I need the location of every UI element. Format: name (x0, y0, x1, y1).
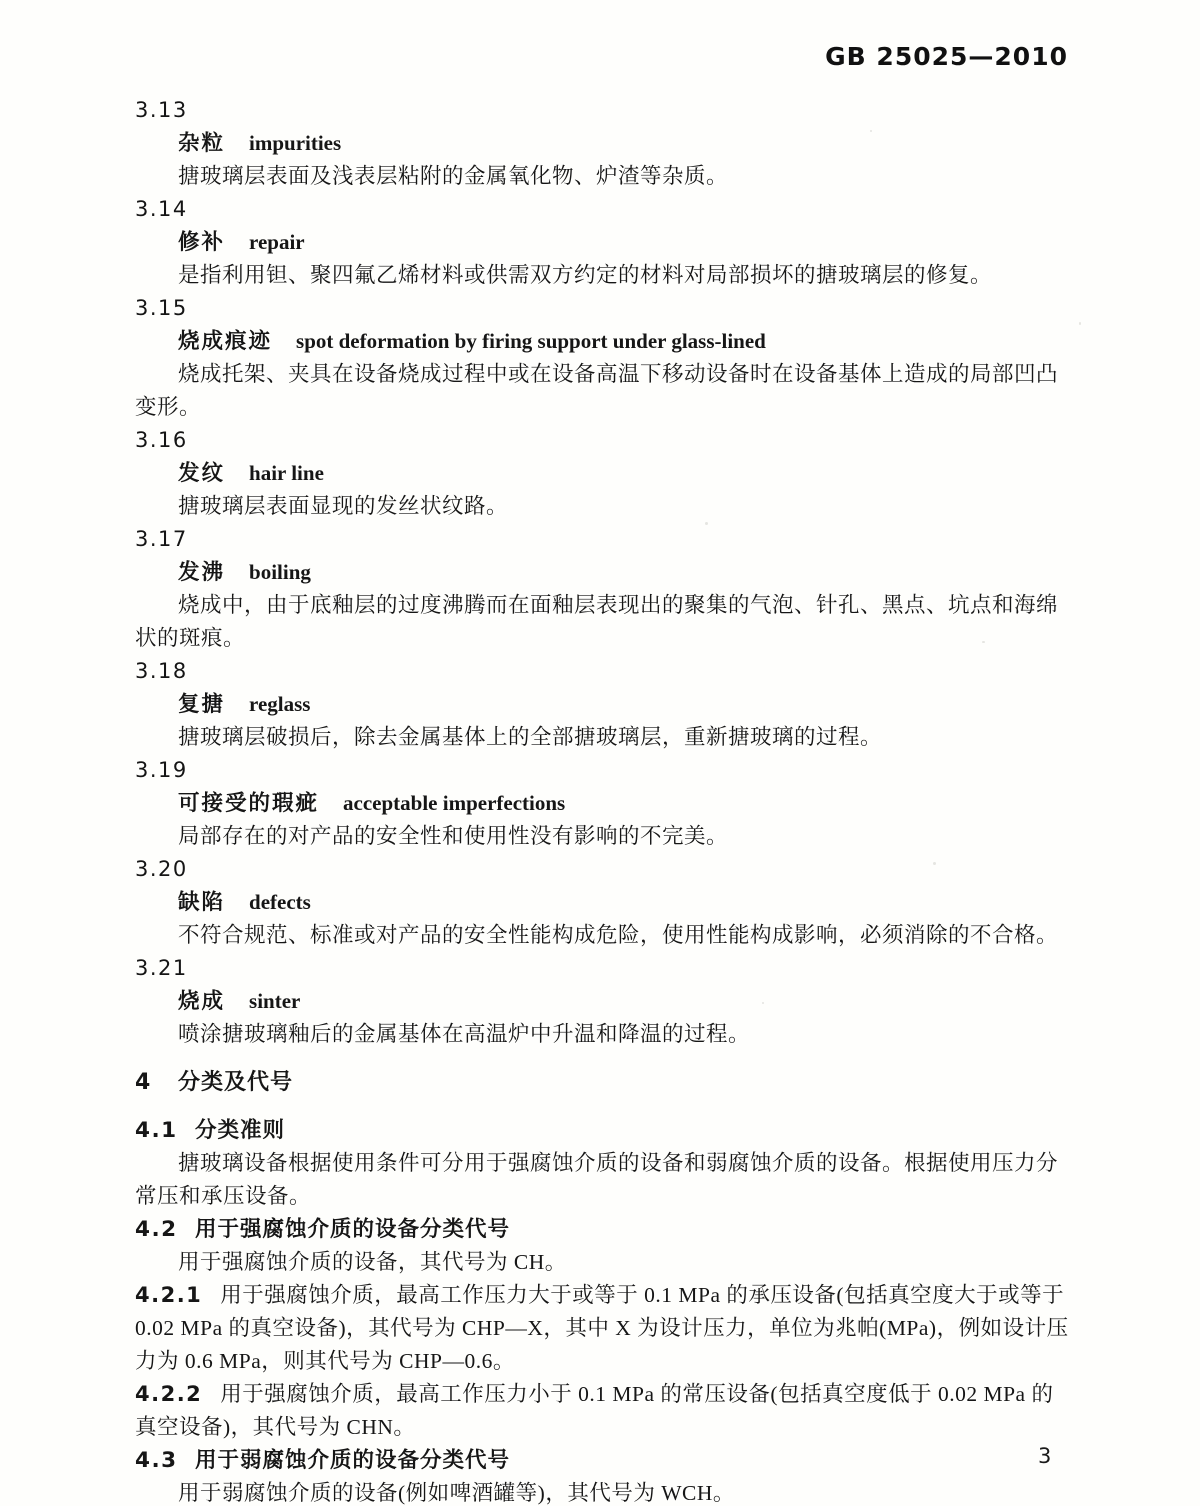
term-chinese: 可接受的瑕疵 (178, 791, 319, 816)
term-line: 杂粒impurities (178, 127, 1075, 160)
clause-number: 3.15 (135, 292, 1075, 325)
term-chinese: 烧成痕迹 (178, 329, 272, 354)
term-definition: 不符合规范、标准或对产品的安全性能构成危险，使用性能构成影响，必须消除的不合格。 (135, 919, 1075, 952)
term-chinese: 烧成 (178, 989, 225, 1014)
scan-speckle (982, 641, 985, 643)
term-chinese: 缺陷 (178, 890, 225, 915)
scan-speckle (870, 130, 872, 132)
term-line: 烧成痕迹spot deformation by firing support u… (178, 325, 1075, 358)
term-definition: 搪玻璃层破损后，除去金属基体上的全部搪玻璃层，重新搪玻璃的过程。 (135, 721, 1075, 754)
term-block: 3.20 缺陷defects 不符合规范、标准或对产品的安全性能构成危险，使用性… (135, 853, 1075, 952)
term-english: boiling (249, 560, 311, 584)
term-block: 3.13 杂粒impurities 搪玻璃层表面及浅表层粘附的金属氧化物、炉渣等… (135, 94, 1075, 193)
term-chinese: 修补 (178, 230, 225, 255)
term-english: reglass (249, 692, 310, 716)
section-4-1-paragraph: 搪玻璃设备根据使用条件可分用于强腐蚀介质的设备和弱腐蚀介质的设备。根据使用压力分… (135, 1147, 1075, 1213)
section-4-1-heading: 4.1分类准则 (135, 1114, 1075, 1147)
term-english: spot deformation by firing support under… (296, 329, 766, 353)
scan-speckle (762, 1002, 764, 1004)
clause-number: 3.16 (135, 424, 1075, 457)
scan-speckle (933, 862, 936, 865)
section-title: 分类准则 (195, 1118, 285, 1143)
section-4-heading: 4分类及代号 (135, 1066, 1075, 1099)
term-line: 发纹hair line (178, 457, 1075, 490)
clause-4-2-1: 4.2.1用于强腐蚀介质，最高工作压力大于或等于 0.1 MPa 的承压设备(包… (135, 1279, 1075, 1378)
section-4-3-paragraph: 用于弱腐蚀介质的设备(例如啤酒罐等)，其代号为 WCH。 (135, 1477, 1075, 1506)
section-number: 4 (135, 1066, 178, 1099)
term-line: 发沸boiling (178, 556, 1075, 589)
clause-number: 3.14 (135, 193, 1075, 226)
term-line: 可接受的瑕疵acceptable imperfections (178, 787, 1075, 820)
clause-number: 3.13 (135, 94, 1075, 127)
term-block: 3.14 修补repair 是指利用钽、聚四氟乙烯材料或供需双方约定的材料对局部… (135, 193, 1075, 292)
scan-speckle (1079, 322, 1081, 325)
term-block: 3.18 复搪reglass 搪玻璃层破损后，除去金属基体上的全部搪玻璃层，重新… (135, 655, 1075, 754)
section-title: 用于强腐蚀介质的设备分类代号 (195, 1217, 510, 1242)
term-definition: 局部存在的对产品的安全性和使用性没有影响的不完美。 (135, 820, 1075, 853)
section-4-2-paragraph: 用于强腐蚀介质的设备，其代号为 CH。 (135, 1246, 1075, 1279)
term-definition: 烧成中，由于底釉层的过度沸腾而在面釉层表现出的聚集的气泡、针孔、黑点、坑点和海绵… (135, 589, 1075, 655)
section-number: 4.2 (135, 1213, 195, 1246)
clause-number: 4.2.1 (135, 1283, 202, 1307)
scan-speckle (705, 522, 708, 525)
term-english: sinter (249, 989, 300, 1013)
document-content: 3.13 杂粒impurities 搪玻璃层表面及浅表层粘附的金属氧化物、炉渣等… (135, 94, 1075, 1506)
term-line: 缺陷defects (178, 886, 1075, 919)
scan-speckle (842, 601, 844, 603)
term-block: 3.21 烧成sinter 喷涂搪玻璃釉后的金属基体在高温炉中升温和降温的过程。 (135, 952, 1075, 1051)
term-english: repair (249, 230, 305, 254)
term-chinese: 复搪 (178, 692, 225, 717)
clause-number: 3.20 (135, 853, 1075, 886)
term-definition: 搪玻璃层表面显现的发丝状纹路。 (135, 490, 1075, 523)
scan-speckle (560, 1165, 563, 1167)
term-english: acceptable imperfections (343, 791, 565, 815)
clause-number: 3.19 (135, 754, 1075, 787)
section-4-2-heading: 4.2用于强腐蚀介质的设备分类代号 (135, 1213, 1075, 1246)
term-definition: 喷涂搪玻璃釉后的金属基体在高温炉中升温和降温的过程。 (135, 1018, 1075, 1051)
clause-number: 3.17 (135, 523, 1075, 556)
clause-text: 用于强腐蚀介质，最高工作压力小于 0.1 MPa 的常压设备(包括真空度低于 0… (135, 1382, 1053, 1439)
term-definition: 是指利用钽、聚四氟乙烯材料或供需双方约定的材料对局部损坏的搪玻璃层的修复。 (135, 259, 1075, 292)
term-block: 3.16 发纹hair line 搪玻璃层表面显现的发丝状纹路。 (135, 424, 1075, 523)
term-chinese: 杂粒 (178, 131, 225, 156)
clause-number: 4.2.2 (135, 1382, 202, 1406)
clause-text: 用于强腐蚀介质，最高工作压力大于或等于 0.1 MPa 的承压设备(包括真空度大… (135, 1283, 1069, 1373)
term-definition: 烧成托架、夹具在设备烧成过程中或在设备高温下移动设备时在设备基体上造成的局部凹凸… (135, 358, 1075, 424)
section-number: 4.3 (135, 1444, 195, 1477)
section-title: 分类及代号 (178, 1070, 293, 1095)
term-line: 烧成sinter (178, 985, 1075, 1018)
term-block: 3.15 烧成痕迹spot deformation by firing supp… (135, 292, 1075, 424)
term-english: impurities (249, 131, 341, 155)
term-definition: 搪玻璃层表面及浅表层粘附的金属氧化物、炉渣等杂质。 (135, 160, 1075, 193)
term-chinese: 发沸 (178, 560, 225, 585)
section-title: 用于弱腐蚀介质的设备分类代号 (195, 1448, 510, 1473)
document-page: GB 25025—2010 3.13 杂粒impurities 搪玻璃层表面及浅… (0, 0, 1200, 1506)
clause-number: 3.18 (135, 655, 1075, 688)
term-english: hair line (249, 461, 324, 485)
page-number: 3 (1038, 1444, 1051, 1468)
clause-number: 3.21 (135, 952, 1075, 985)
clause-4-2-2: 4.2.2用于强腐蚀介质，最高工作压力小于 0.1 MPa 的常压设备(包括真空… (135, 1378, 1075, 1444)
term-english: defects (249, 890, 311, 914)
term-block: 3.19 可接受的瑕疵acceptable imperfections 局部存在… (135, 754, 1075, 853)
term-line: 复搪reglass (178, 688, 1075, 721)
term-chinese: 发纹 (178, 461, 225, 486)
term-line: 修补repair (178, 226, 1075, 259)
term-block: 3.17 发沸boiling 烧成中，由于底釉层的过度沸腾而在面釉层表现出的聚集… (135, 523, 1075, 655)
standard-number-header: GB 25025—2010 (825, 42, 1068, 71)
section-4-3-heading: 4.3用于弱腐蚀介质的设备分类代号 (135, 1444, 1075, 1477)
section-number: 4.1 (135, 1114, 195, 1147)
